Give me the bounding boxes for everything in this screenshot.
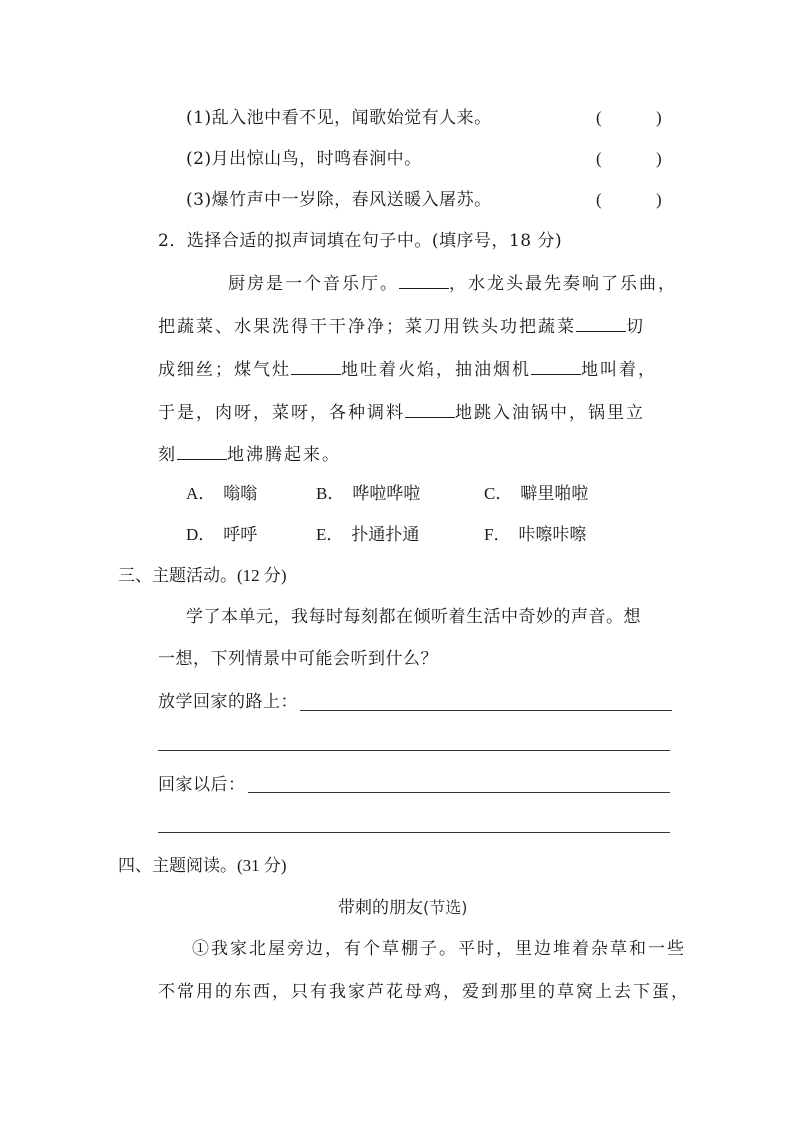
passage-text: 厨房是一个音乐厅。 [228, 274, 399, 294]
fill-blank-6[interactable] [177, 443, 227, 460]
reading-title: 带刺的朋友(节选) [338, 898, 468, 918]
option-letter: C． [484, 484, 512, 503]
option-text: 嗡嗡 [223, 484, 257, 504]
answer-paren-close-1: ) [656, 108, 662, 128]
option-c: C．噼里啪啦 [484, 484, 588, 504]
passage-text: 刻 [158, 445, 177, 465]
section-3-heading: 三、主题活动。(12 分) [118, 566, 287, 586]
answer-box-2[interactable] [604, 147, 654, 169]
answer-line-at-home-1[interactable] [248, 792, 670, 793]
section-3-intro-line-1: 学了本单元，我每时每刻都在倾听着生活中奇妙的声音。想 [186, 607, 641, 627]
poem-item-1: (1)乱入池中看不见，闻歌始觉有人来。 [186, 108, 492, 128]
poem-item-2: (2)月出惊山鸟，时鸣春涧中。 [186, 149, 422, 169]
section-points: (12 分) [237, 566, 287, 585]
passage-text: 地沸腾起来。 [227, 445, 341, 465]
field-label-after-school: 放学回家的路上： [158, 692, 298, 712]
passage-text: 地跳入油锅中，锅里立 [455, 403, 645, 423]
answer-box-1[interactable] [604, 106, 654, 128]
section-4-heading: 四、主题阅读。(31 分) [118, 856, 287, 876]
option-e: E．扑通扑通 [316, 525, 419, 545]
reading-title-sub: (节选) [423, 898, 468, 917]
section-3-intro-line-2: 一想，下列情景中可能会听到什么？ [158, 649, 438, 669]
passage-line-3: 成细丝；煤气灶地吐着火焰，抽油烟机地叫着， [158, 358, 657, 380]
option-text: 噼里啪啦 [520, 484, 588, 504]
option-f: F．咔嚓咔嚓 [484, 525, 586, 545]
option-text: 呼呼 [223, 525, 257, 545]
fill-blank-5[interactable] [405, 401, 455, 418]
answer-line-after-school-1[interactable] [300, 710, 672, 711]
option-text: 咔嚓咔嚓 [518, 525, 586, 545]
answer-paren-open-1: ( [596, 108, 602, 128]
section-heading-text: 三、主题活动。 [118, 566, 237, 586]
passage-text: 把蔬菜、水果洗得干干净净；菜刀用铁头功把蔬菜 [158, 317, 576, 337]
option-letter: D． [186, 525, 215, 544]
question-2-prompt: 2．选择合适的拟声词填在句子中。(填序号，18 分) [158, 231, 562, 251]
answer-line-after-school-2[interactable] [158, 750, 670, 751]
fill-blank-3[interactable] [291, 358, 341, 375]
worksheet-page: (1)乱入池中看不见，闻歌始觉有人来。 ( ) (2)月出惊山鸟，时鸣春涧中。 … [0, 0, 793, 1122]
reading-title-text: 带刺的朋友 [338, 898, 423, 918]
answer-paren-open-3: ( [596, 190, 602, 210]
option-letter: A． [186, 484, 215, 503]
passage-text: 切 [626, 317, 645, 337]
fill-blank-2[interactable] [576, 315, 626, 332]
option-letter: B． [316, 484, 344, 503]
fill-blank-4[interactable] [531, 358, 581, 375]
passage-text: 地吐着火焰，抽油烟机 [341, 360, 531, 380]
section-points: (31 分) [237, 856, 287, 875]
section-heading-text: 四、主题阅读。 [118, 856, 237, 876]
passage-text: 地叫着， [581, 360, 657, 380]
answer-paren-close-3: ) [656, 190, 662, 210]
answer-paren-close-2: ) [656, 149, 662, 169]
passage-line-1: 厨房是一个音乐厅。，水龙头最先奏响了乐曲， [228, 272, 677, 294]
field-label-at-home: 回家以后： [158, 775, 246, 795]
passage-line-4: 于是，肉呀，菜呀，各种调料地跳入油锅中，锅里立 [158, 401, 645, 423]
passage-text: 成细丝；煤气灶 [158, 360, 291, 380]
reading-paragraph-1-line-2: 不常用的东西，只有我家芦花母鸡，爱到那里的草窝上去下蛋， [158, 982, 690, 1002]
reading-paragraph-1-line-1: ①我家北屋旁边，有个草棚子。平时，里边堆着杂草和一些 [192, 939, 686, 959]
passage-text: 于是，肉呀，菜呀，各种调料 [158, 403, 405, 423]
answer-line-at-home-2[interactable] [158, 832, 670, 833]
option-letter: F． [484, 525, 510, 544]
option-b: B．哗啦哗啦 [316, 484, 420, 504]
option-text: 扑通扑通 [351, 525, 419, 545]
poem-item-3: (3)爆竹声中一岁除，春风送暖入屠苏。 [186, 190, 492, 210]
option-letter: E． [316, 525, 343, 544]
option-a: A．嗡嗡 [186, 484, 257, 504]
option-d: D．呼呼 [186, 525, 257, 545]
passage-text: ，水龙头最先奏响了乐曲， [449, 274, 677, 294]
option-text: 哗啦哗啦 [352, 484, 420, 504]
answer-box-3[interactable] [604, 188, 654, 210]
fill-blank-1[interactable] [399, 272, 449, 289]
answer-paren-open-2: ( [596, 149, 602, 169]
passage-line-5: 刻地沸腾起来。 [158, 443, 341, 465]
passage-line-2: 把蔬菜、水果洗得干干净净；菜刀用铁头功把蔬菜切 [158, 315, 645, 337]
